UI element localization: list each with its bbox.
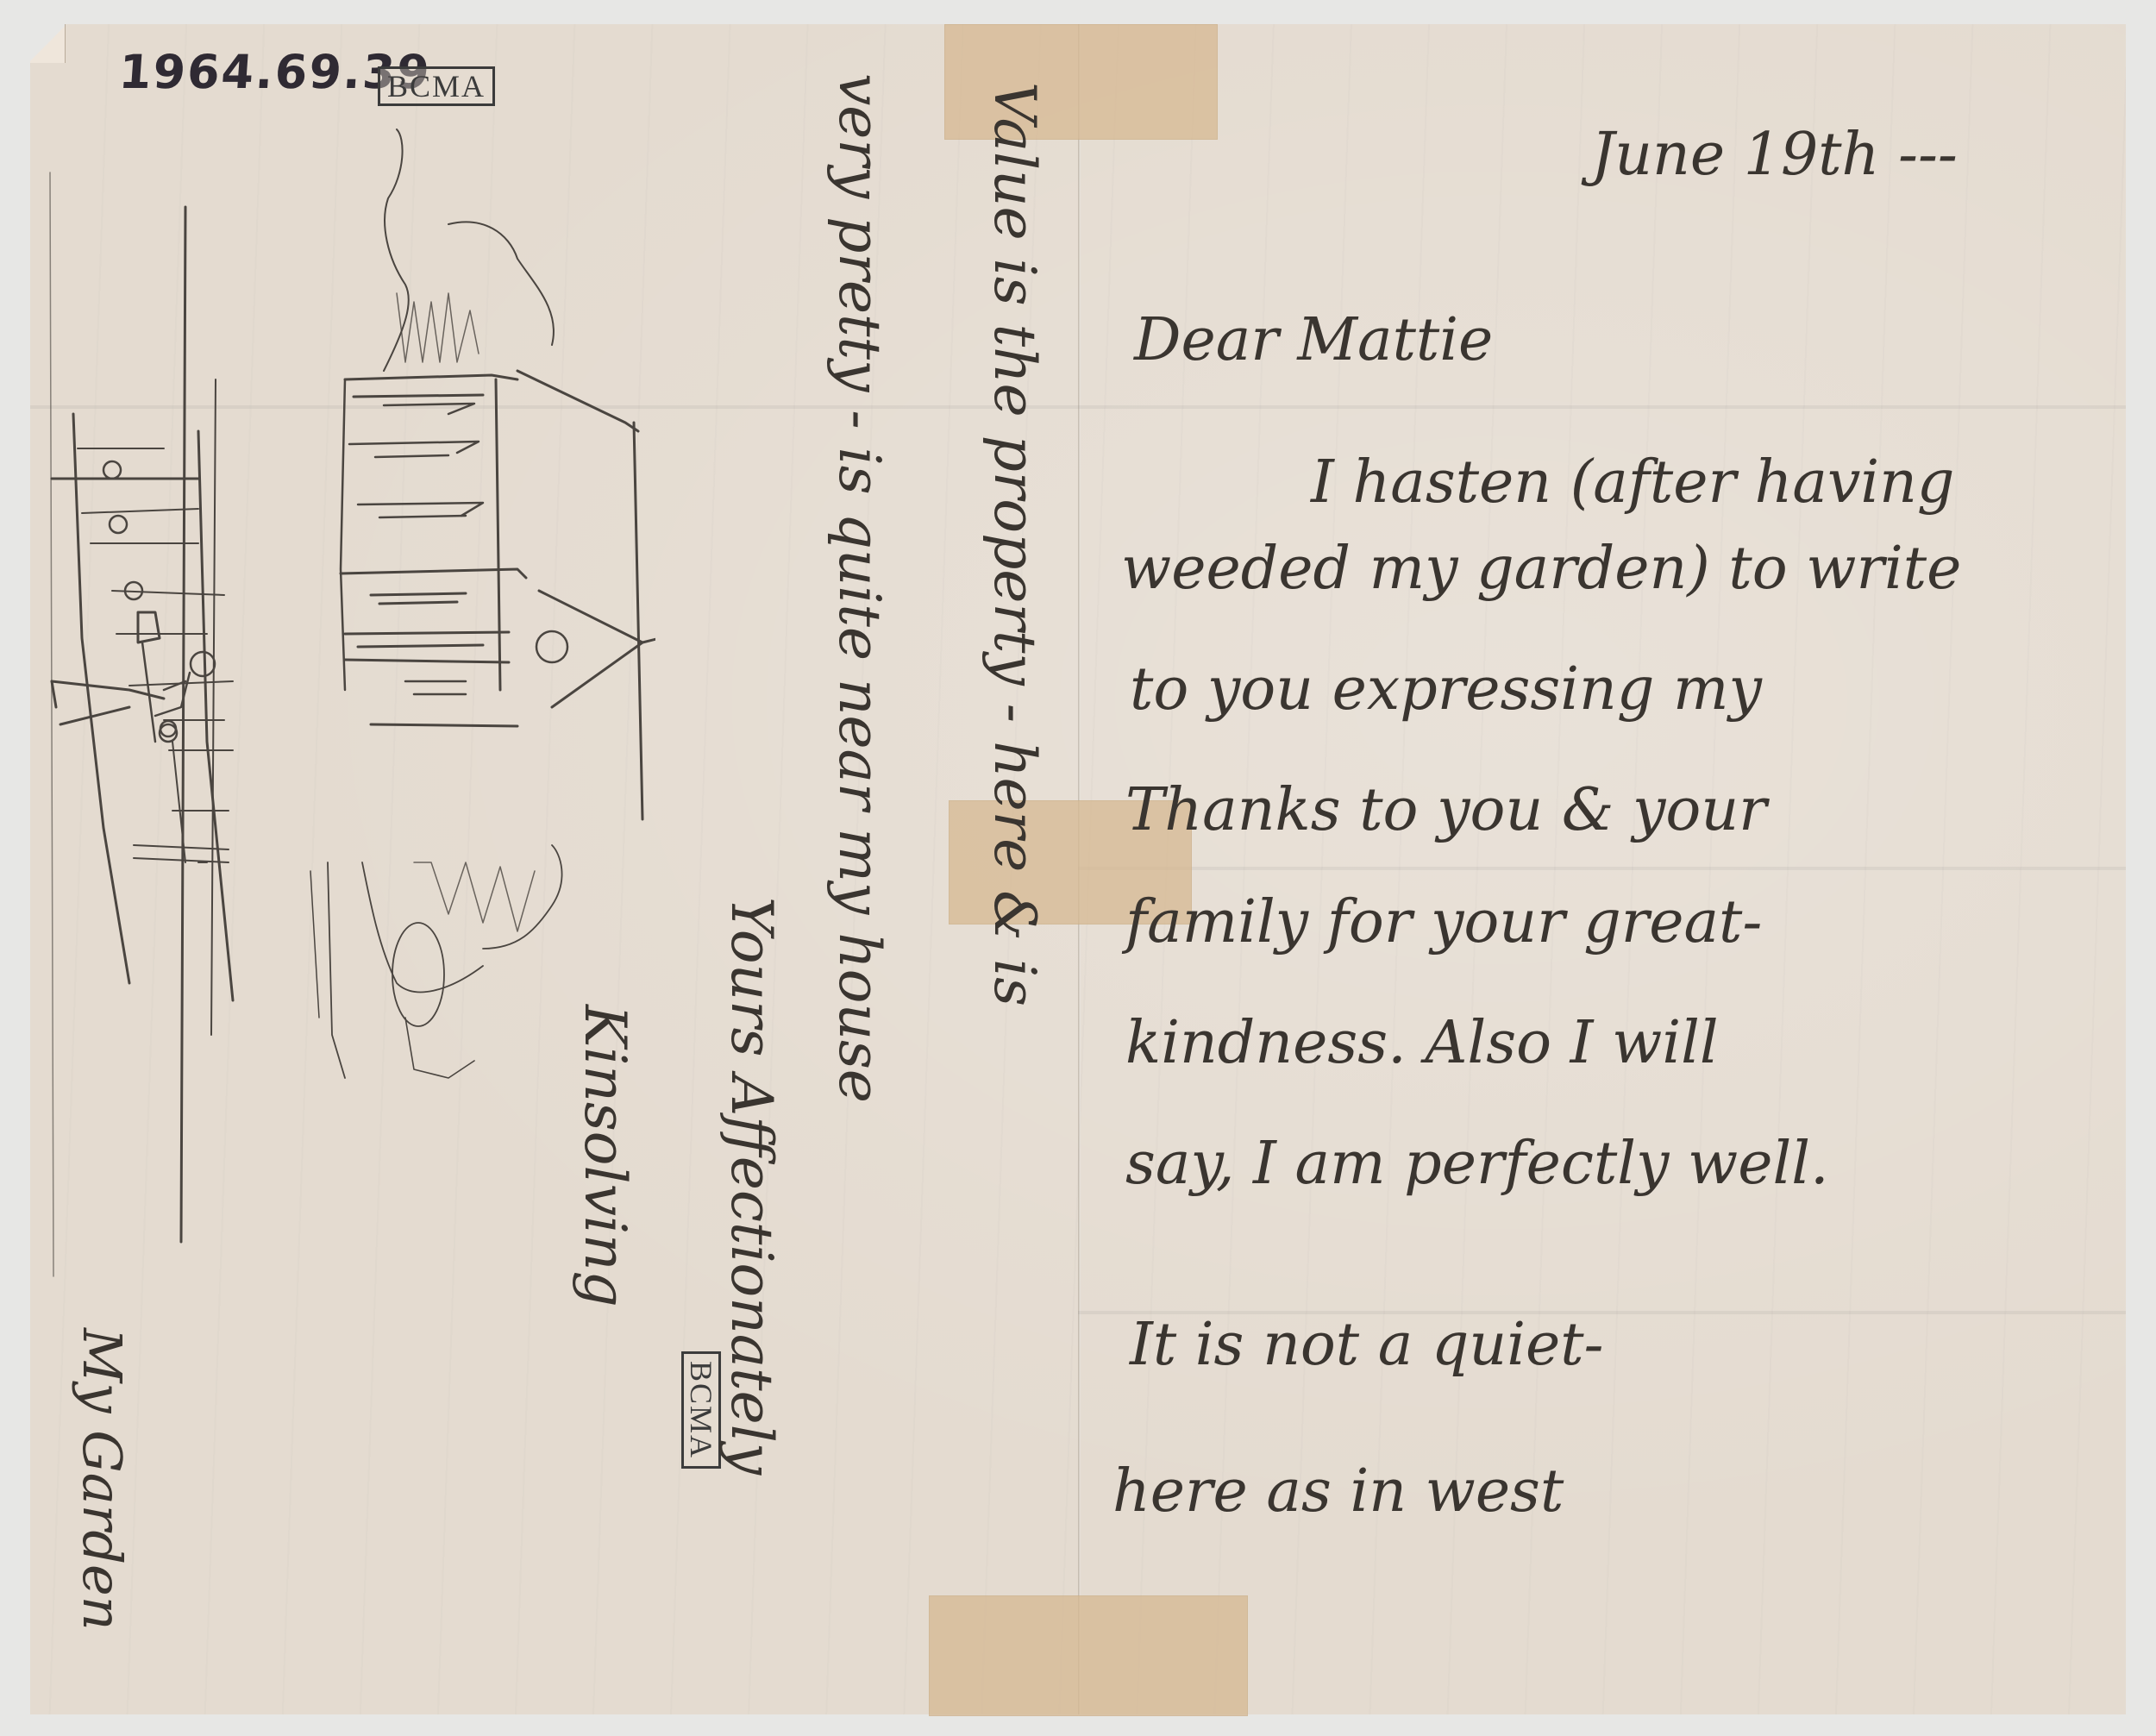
garden-sketch [34, 121, 655, 1345]
letter-line: to you expressing my [1130, 655, 1762, 724]
ground-line-icon [181, 207, 185, 1242]
letter-line: here as in west [1112, 1457, 1564, 1526]
salutation: Dear Mattie [1134, 306, 1493, 374]
letter-line: say, I am perfectly well. [1125, 1130, 1829, 1198]
bcma-stamp: BCMA [681, 1351, 721, 1469]
horizontal-crease [1078, 867, 2126, 870]
letter-line: family for your great- [1125, 888, 1762, 956]
letter-line: kindness. Also I will [1125, 1009, 1719, 1077]
sketch-caption: My Garden [71, 1328, 134, 1631]
letter-line: It is not a quiet- [1130, 1311, 1604, 1379]
rose-window-icon [536, 631, 567, 662]
letter-date: June 19th --- [1591, 121, 1958, 189]
letter-line: weeded my garden) to write [1121, 535, 1961, 603]
left-page-line: Value is the property - here & is [981, 82, 1048, 1006]
signoff: Yours Affectionately [718, 897, 785, 1475]
tape-patch-bottom [929, 1595, 1248, 1716]
letter-line: I hasten (after having [1311, 448, 1954, 517]
folded-corner [30, 24, 66, 63]
left-page-line: very pretty - is quite near my house [826, 73, 893, 1103]
letter-line: Thanks to you & your [1125, 776, 1767, 844]
bcma-stamp: BCMA [378, 66, 495, 106]
